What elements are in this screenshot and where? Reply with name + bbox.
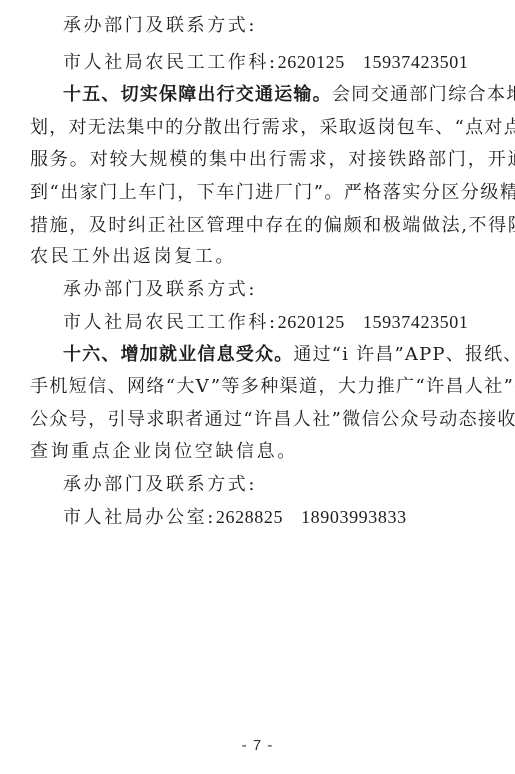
- section-16-heading: 十六、增加就业信息受众。: [63, 344, 293, 365]
- contact-department: 市人社局办公室:: [63, 507, 216, 528]
- section-16-line: 查询重点企业岗位空缺信息。: [30, 436, 502, 468]
- section-15-first-line: 十五、切实保障出行交通运输。会同交通部门综合本地发班计: [63, 79, 502, 111]
- contact-label-text: 承办部门及联系方式:: [63, 15, 257, 36]
- section-15-line: 服务。对较大规模的集中出行需求，对接铁路部门，开通专列，做: [30, 144, 502, 176]
- section-15-line: 措施，及时纠正社区管理中存在的偏颇和极端做法,不得阻拦健康: [30, 210, 502, 242]
- section-15-line: 划，对无法集中的分散出行需求，采取返岗包车、“点对点”运输: [30, 112, 502, 144]
- section-15-text: 会同交通部门综合本地发班计: [332, 84, 515, 105]
- section-16-text: 通过“i 许昌”APP、报纸、电视、: [293, 344, 515, 365]
- contact-info: 市人社局农民工工作科:262012515937423501: [63, 46, 502, 78]
- contact-label-text: 承办部门及联系方式:: [63, 279, 257, 300]
- contact-info: 市人社局农民工工作科:262012515937423501: [63, 306, 502, 338]
- contact-mobile: 18903993833: [301, 507, 407, 527]
- contact-label-text: 承办部门及联系方式:: [63, 474, 257, 495]
- section-16-line: 手机短信、网络“大V”等多种渠道，大力推广“许昌人社”微信: [30, 371, 502, 403]
- contact-department: 市人社局农民工工作科:: [63, 52, 278, 73]
- contact-phone: 2620125: [278, 312, 345, 332]
- section-15-line: 农民工外出返岗复工。: [30, 241, 502, 273]
- contact-label: 承办部门及联系方式:: [63, 469, 502, 501]
- contact-label: 承办部门及联系方式:: [63, 274, 502, 306]
- page-number: - 7 -: [0, 737, 515, 754]
- section-16-first-line: 十六、增加就业信息受众。通过“i 许昌”APP、报纸、电视、: [63, 339, 502, 371]
- contact-mobile: 15937423501: [363, 312, 469, 332]
- section-15-line: 到“出家门上车门，下车门进厂门”。严格落实分区分级精准防控: [30, 177, 502, 209]
- section-15-heading: 十五、切实保障出行交通运输。: [63, 84, 332, 105]
- contact-phone: 2620125: [278, 52, 345, 72]
- contact-label: 承办部门及联系方式:: [63, 10, 502, 42]
- document-page: 承办部门及联系方式: 市人社局农民工工作科:262012515937423501…: [0, 0, 515, 774]
- contact-mobile: 15937423501: [363, 52, 469, 72]
- contact-department: 市人社局农民工工作科:: [63, 312, 278, 333]
- contact-phone: 2628825: [216, 507, 283, 527]
- section-16-line: 公众号，引导求职者通过“许昌人社”微信公众号动态接收、实时: [30, 404, 502, 436]
- contact-info: 市人社局办公室:262882518903993833: [63, 501, 502, 533]
